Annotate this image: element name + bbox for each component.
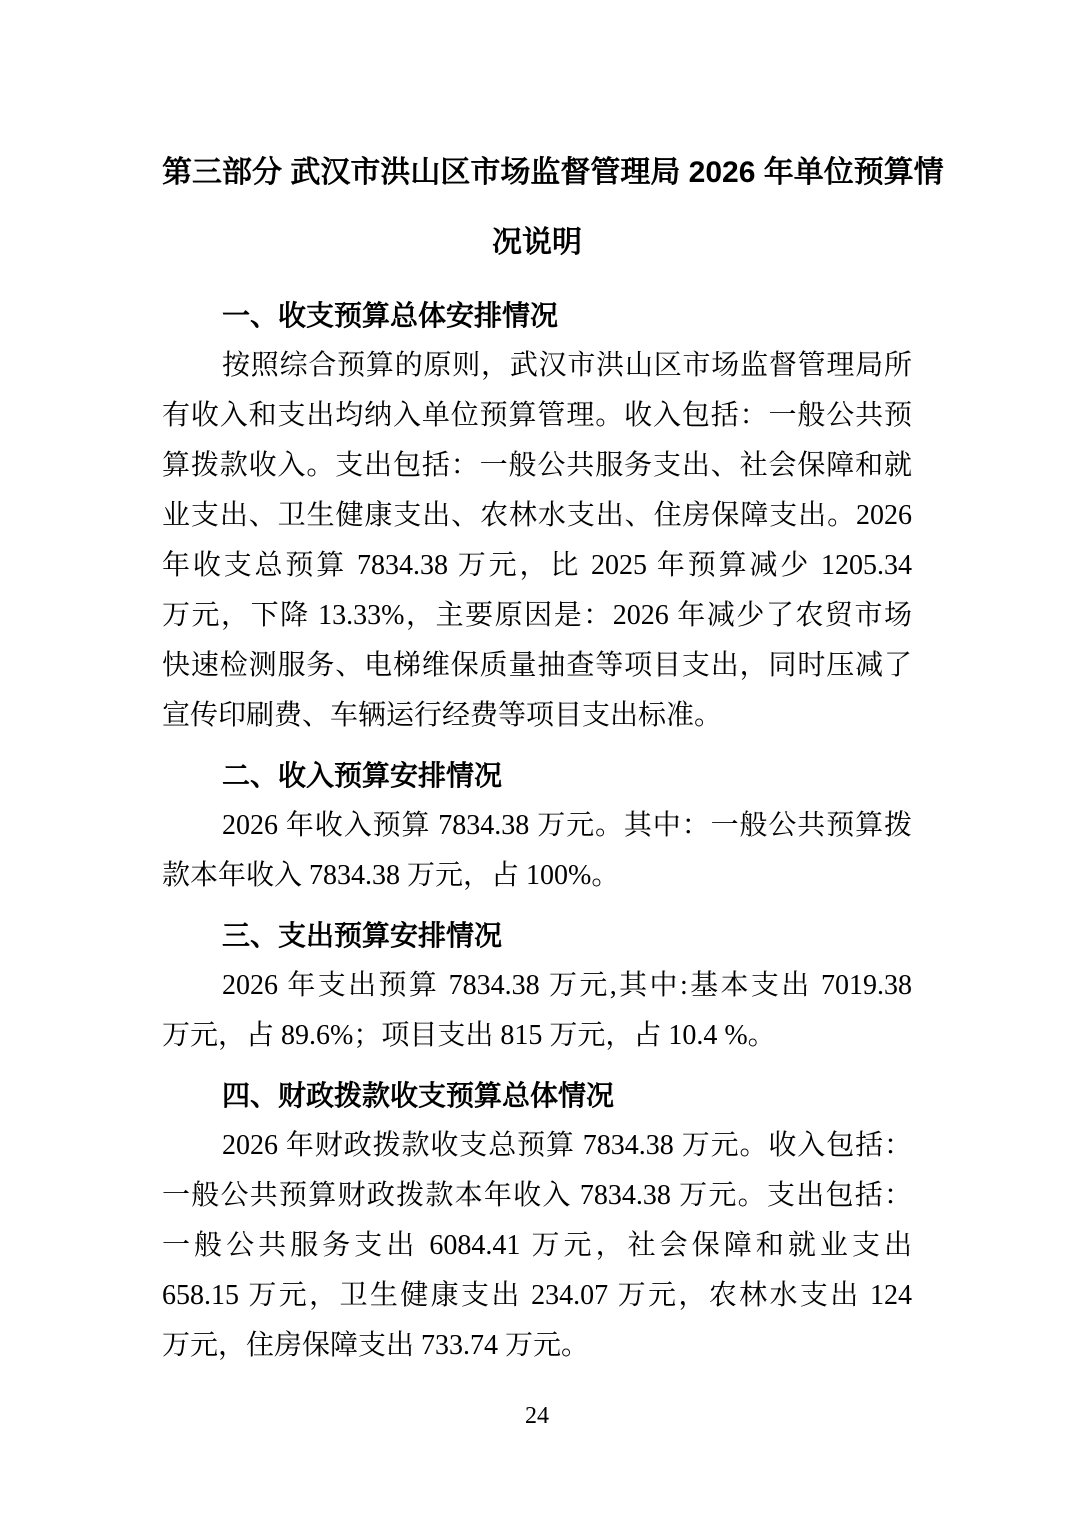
paragraph-line: 快速检测服务、电梯维保质量抽查等项目支出，同时压减了 (162, 641, 912, 691)
paragraph-line: 万元，下降 13.33%，主要原因是：2026 年减少了农贸市场 (162, 591, 912, 641)
section-4-paragraph: 2026 年财政拨款收支总预算 7834.38 万元。收入包括： 一般公共预算财… (162, 1121, 912, 1371)
paragraph-line: 款本年收入 7834.38 万元，占 100%。 (162, 851, 912, 901)
paragraph-line: 按照综合预算的原则，武汉市洪山区市场监督管理局所 (162, 341, 912, 391)
paragraph-line: 万元，住房保障支出 733.74 万元。 (162, 1321, 912, 1371)
paragraph-line: 年收支总预算 7834.38 万元，比 2025 年预算减少 1205.34 (162, 541, 912, 591)
paragraph-line: 一般公共预算财政拨款本年收入 7834.38 万元。支出包括： (162, 1171, 912, 1221)
section-2-paragraph: 2026 年收入预算 7834.38 万元。其中：一般公共预算拨 款本年收入 7… (162, 801, 912, 901)
section-3-heading: 三、支出预算安排情况 (162, 911, 912, 961)
content-area: 第三部分 武汉市洪山区市场监督管理局 2026 年单位预算情 况说明 一、收支预… (0, 0, 1074, 1371)
document-title-line-2: 况说明 (162, 208, 912, 278)
section-overall-budget: 一、收支预算总体安排情况 按照综合预算的原则，武汉市洪山区市场监督管理局所 有收… (162, 291, 912, 741)
paragraph-line: 业支出、卫生健康支出、农林水支出、住房保障支出。2026 (162, 491, 912, 541)
section-4-heading: 四、财政拨款收支预算总体情况 (162, 1071, 912, 1121)
section-2-heading: 二、收入预算安排情况 (162, 751, 912, 801)
paragraph-line: 算拨款收入。支出包括：一般公共服务支出、社会保障和就 (162, 441, 912, 491)
paragraph-line: 658.15 万元，卫生健康支出 234.07 万元，农林水支出 124 (162, 1271, 912, 1321)
page-number: 24 (0, 1402, 1074, 1430)
document-title-line-1: 第三部分 武汉市洪山区市场监督管理局 2026 年单位预算情 (162, 138, 912, 208)
section-fiscal-appropriation: 四、财政拨款收支预算总体情况 2026 年财政拨款收支总预算 7834.38 万… (162, 1071, 912, 1371)
paragraph-line: 万元，占 89.6%；项目支出 815 万元，占 10.4 %。 (162, 1011, 912, 1061)
paragraph-line: 2026 年财政拨款收支总预算 7834.38 万元。收入包括： (162, 1121, 912, 1171)
paragraph-line: 有收入和支出均纳入单位预算管理。收入包括：一般公共预 (162, 391, 912, 441)
section-expenditure-budget: 三、支出预算安排情况 2026 年支出预算 7834.38 万元,其中:基本支出… (162, 911, 912, 1061)
section-1-heading: 一、收支预算总体安排情况 (162, 291, 912, 341)
section-3-paragraph: 2026 年支出预算 7834.38 万元,其中:基本支出 7019.38 万元… (162, 961, 912, 1061)
paragraph-line: 2026 年收入预算 7834.38 万元。其中：一般公共预算拨 (162, 801, 912, 851)
paragraph-line: 2026 年支出预算 7834.38 万元,其中:基本支出 7019.38 (162, 961, 912, 1011)
document-title: 第三部分 武汉市洪山区市场监督管理局 2026 年单位预算情 况说明 (162, 138, 912, 278)
section-income-budget: 二、收入预算安排情况 2026 年收入预算 7834.38 万元。其中：一般公共… (162, 751, 912, 901)
section-1-paragraph: 按照综合预算的原则，武汉市洪山区市场监督管理局所 有收入和支出均纳入单位预算管理… (162, 341, 912, 741)
document-page: 第三部分 武汉市洪山区市场监督管理局 2026 年单位预算情 况说明 一、收支预… (0, 0, 1074, 1520)
paragraph-line: 宣传印刷费、车辆运行经费等项目支出标准。 (162, 691, 912, 741)
paragraph-line: 一般公共服务支出 6084.41 万元，社会保障和就业支出 (162, 1221, 912, 1271)
